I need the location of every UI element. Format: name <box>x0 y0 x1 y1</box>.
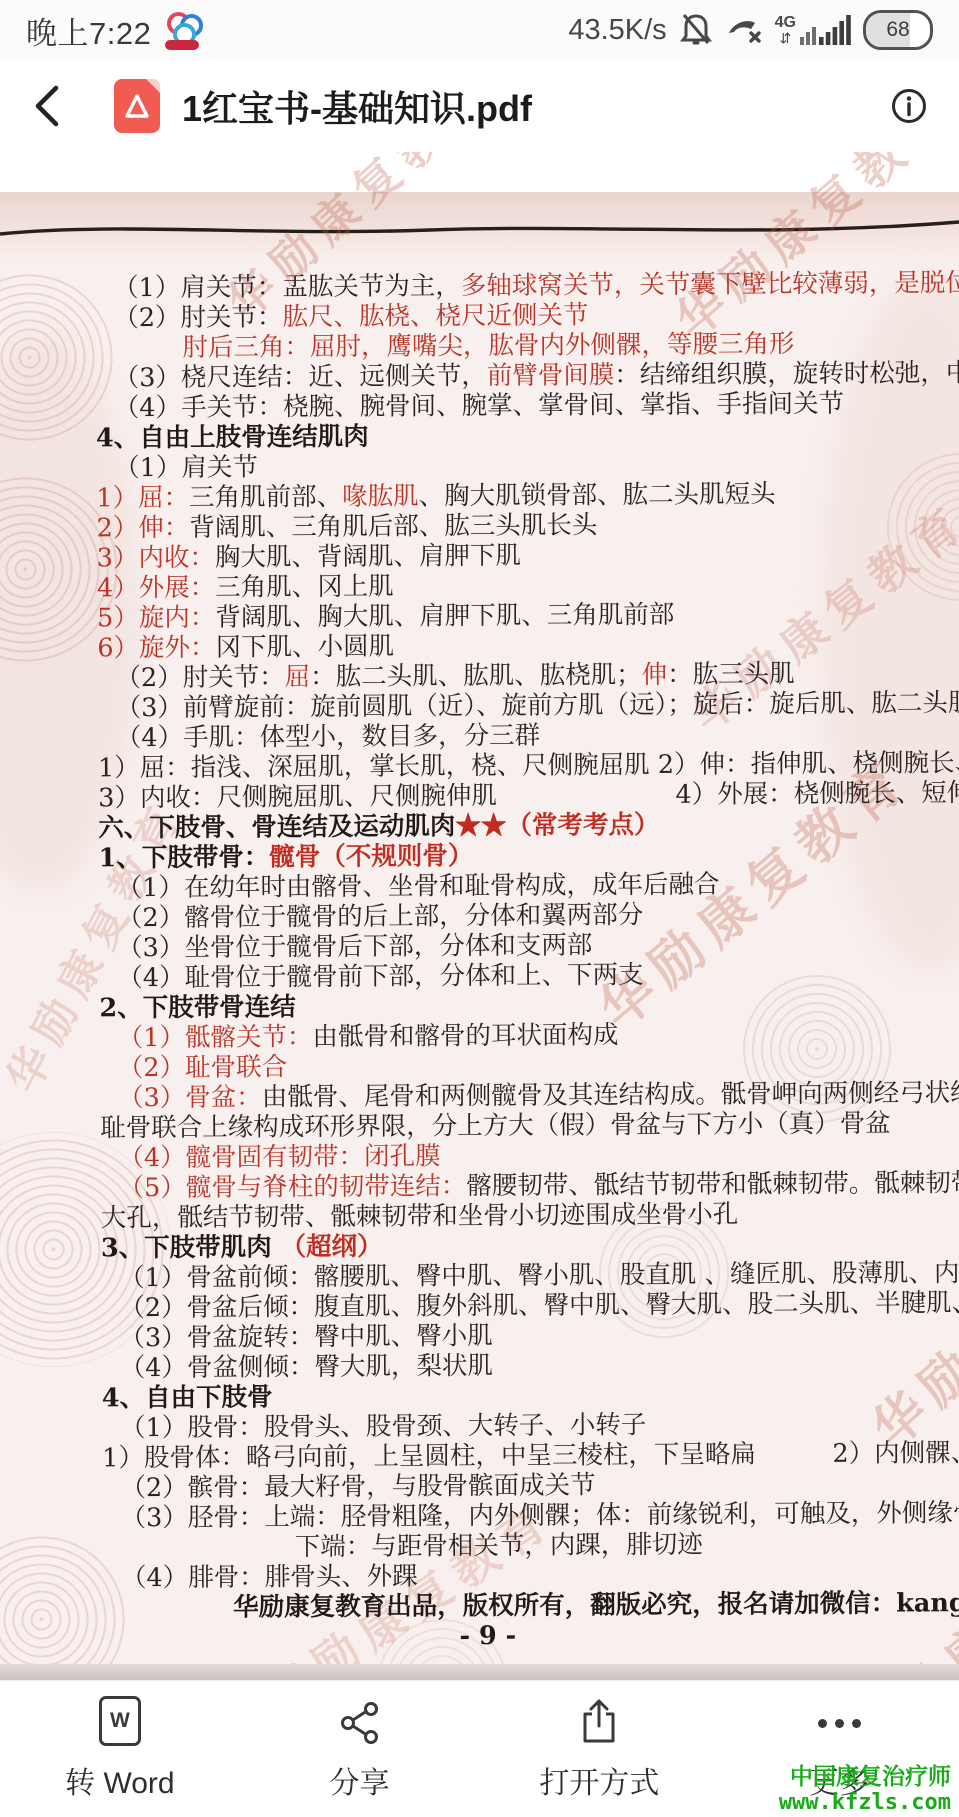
convert-to-word-button[interactable]: W 转 Word <box>0 1681 240 1817</box>
doc-line: （3）胫骨：上端：胫骨粗隆，内外侧髁；体：前缘锐利，可触及，外侧缘骨间缘 <box>8 1498 959 1534</box>
page-margin <box>0 152 959 192</box>
text-run: 3、下肢带肌肉 <box>101 1232 281 1263</box>
text-run: （4）腓骨：腓骨头、外踝 <box>121 1561 418 1593</box>
pdf-viewer-header: 1红宝书-基础知识.pdf <box>0 60 959 152</box>
back-button[interactable] <box>30 78 76 134</box>
text-run: （1）肩关节：盂肱关节为主， <box>113 271 461 303</box>
text-run: 华励康复教育出品，版权所有，翻版必究，报名请加微信：kangfu5 <box>233 1588 959 1622</box>
text-run: （1）在幼年时由髂骨、坐骨和耻骨构成，成年后融合 <box>117 870 720 904</box>
bottom-toolbar: W 转 Word 分享 打开方式 更多 <box>0 1680 959 1817</box>
toolbar-label: 分享 <box>330 1758 390 1802</box>
text-run: （2）髂骨位于髋骨的后上部，分体和翼两部分 <box>117 900 643 933</box>
open-with-button[interactable]: 打开方式 <box>480 1681 720 1817</box>
text-run: 背阔肌、胸大肌、肩胛下肌、三角肌前部 <box>215 600 674 633</box>
network-type-label: 4G <box>775 15 796 31</box>
doc-line: 华励康复教育出品，版权所有，翻版必究，报名请加微信：kangfu5 <box>8 1588 959 1624</box>
text-run: 肱尺、肱桡、桡尺近侧关节 <box>282 300 588 332</box>
text-run: 耻骨联合上缘构成环形界限，分上方大（假）骨盆与下方小（真）骨盆 <box>100 1109 891 1144</box>
text-run: ：肱二头肌、肱肌、肱桡肌； <box>310 660 642 692</box>
text-run: （3）前臂旋前：旋前圆肌（近）、旋前方肌（远）；旋后：旋后肌、肱二头肌、肱桡肌 <box>116 688 959 723</box>
doc-line: 1）股骨体：略弓向前，上呈圆柱，中呈三棱柱，下呈略扁 2）内侧髁、外侧髁 <box>7 1438 959 1474</box>
page-edge-shadow <box>0 1664 959 1680</box>
text-run: （1）肩关节 <box>114 452 258 483</box>
text-run: 背阔肌、三角肌后部、肱三头肌长头 <box>189 510 597 542</box>
text-run: （2）肘关节： <box>113 302 282 333</box>
pdf-file-icon <box>114 79 160 133</box>
text-run: 5）旋内： <box>97 603 215 634</box>
text-run: 三角肌、冈上肌 <box>215 572 394 603</box>
text-run: 前臂骨间膜 <box>487 360 615 391</box>
text-run: （3）骨盆旋转：臀中肌、臀小肌 <box>119 1321 492 1353</box>
text-run: 屈 <box>285 662 311 692</box>
text-run: 喙肱肌 <box>342 481 419 511</box>
text-run: 1）屈： <box>96 483 189 514</box>
battery-level: 68 <box>886 18 909 42</box>
text-run: （1）股骨：股骨头、股骨颈、大转子、小转子 <box>120 1410 646 1443</box>
text-run: 3）内收： <box>97 543 215 574</box>
text-run: 多轴球窝关节，关节囊下壁比较薄弱，是脱位常见的部位 <box>461 268 959 301</box>
back-chevron-icon <box>30 80 64 132</box>
info-icon <box>890 87 928 125</box>
text-run: 髂腰韧带、骶结节韧带和骶棘韧带。骶棘韧带与坐骨大切 <box>466 1168 959 1201</box>
doc-line: （1）肩关节：盂肱关节为主，多轴球窝关节，关节囊下壁比较薄弱，是脱位常见的部位 <box>0 268 959 304</box>
text-run: 6）旋外： <box>97 633 215 664</box>
text-run: （3）骨盆： <box>118 1082 262 1113</box>
doc-line: 3）内收：尺侧腕屈肌、尺侧腕伸肌 4）外展：桡侧腕长、短伸肌，桡侧 <box>3 778 959 814</box>
clock: 晚上7:22 <box>26 8 151 53</box>
toolbar-label: 转 Word <box>65 1758 174 1802</box>
text-run: 由骶骨和髂骨的耳状面构成 <box>312 1020 618 1052</box>
text-run: 4）外展： <box>97 573 215 604</box>
text-run: 下端：与距骨相关节，内踝，腓切迹 <box>295 1530 703 1562</box>
text-run: ★★（常考考点） <box>455 810 659 841</box>
text-run: （4）耻骨位于髋骨前下部，分体和上、下两支 <box>117 960 643 993</box>
text-run: （2）肘关节： <box>115 662 284 693</box>
doc-line: - 9 - <box>8 1618 959 1654</box>
share-nodes-icon <box>338 1698 382 1746</box>
text-run: （4）手肌：体型小，数目多，分三群 <box>116 721 540 754</box>
doc-line: 耻骨联合上缘构成环形界限，分上方大（假）骨盆与下方小（真）骨盆 <box>5 1108 959 1144</box>
app-notification-icon <box>165 10 201 50</box>
text-run: （4）手关节：桡腕、腕骨间、腕掌、掌骨间、掌指、手指间关节 <box>114 389 844 423</box>
text-run: ：肱三头肌 <box>667 659 795 690</box>
text-run: 冈下肌、小圆肌 <box>215 632 394 663</box>
text-run: 三角肌前部、 <box>189 482 342 513</box>
text-run: （2）骨盆后倾：腹直肌、腹外斜肌、臀中肌、臀大肌、股二头肌、半腱肌、半膜肌、 <box>119 1288 959 1323</box>
text-run: 3）内收：尺侧腕屈肌、尺侧腕伸肌 4）外展：桡侧腕长、短伸肌，桡侧 <box>98 778 959 813</box>
text-run: 、胸大肌锁骨部、肱二头肌短头 <box>419 479 776 511</box>
phone-disabled-icon <box>725 13 763 47</box>
text-run: （3）坐骨位于髋骨后下部，分体和支两部 <box>117 930 592 963</box>
mute-bell-icon <box>679 12 713 48</box>
battery-icon: 68 <box>863 10 933 50</box>
word-convert-icon: W <box>99 1698 141 1746</box>
text-run: （超纲） <box>280 1232 382 1263</box>
text-run: 1、下肢带骨： <box>98 842 269 873</box>
doc-line: （3）前臂旋前：旋前圆肌（近）、旋前方肌（远）；旋后：旋后肌、肱二头肌、肱桡肌 <box>3 688 959 724</box>
text-run: 由骶骨、尾骨和两侧髋骨及其连结构成。骶骨岬向两侧经弓状线、尺骨梳 <box>262 1078 959 1112</box>
text-run: （3）胫骨：上端：胫骨粗隆，内外侧髁；体：前缘锐利，可触及，外侧缘骨间缘 <box>121 1498 959 1533</box>
page-title: 1红宝书-基础知识.pdf <box>182 81 889 132</box>
text-run: （2）耻骨联合 <box>118 1052 287 1083</box>
network-speed: 43.5K/s <box>568 14 666 47</box>
text-run: （4）骨盆侧倾：臀大肌，梨状肌 <box>120 1351 493 1383</box>
text-run: （3）桡尺连结：近、远侧关节， <box>114 361 487 393</box>
text-run: 胸大肌、背阔肌、肩胛下肌 <box>215 541 521 573</box>
open-with-icon <box>578 1698 620 1746</box>
more-button[interactable]: 更多 <box>719 1681 959 1817</box>
text-run: 2）伸： <box>96 513 189 544</box>
text-run: ：结缔组织膜，旋转时松弛，中立位紧张 <box>614 358 959 390</box>
text-run: （5）髋骨与脊柱的韧带连结： <box>118 1171 466 1203</box>
text-run: （1）骶髂关节： <box>118 1022 313 1053</box>
text-run: 4、自由上肢骨连结肌肉 <box>96 422 369 454</box>
text-run: （2）髌骨：最大籽骨，与股骨髌面成关节 <box>120 1470 595 1503</box>
doc-line: （5）髋骨与脊柱的韧带连结：髂腰韧带、骶结节韧带和骶棘韧带。骶棘韧带与坐骨大切 <box>5 1168 959 1204</box>
more-dots-icon <box>818 1698 861 1746</box>
text-run: 4、自由下肢骨 <box>102 1382 273 1413</box>
text-run: 肘后三角：屈肘，鹰嘴尖，肱骨内外侧髁，等腰三角形 <box>182 329 794 363</box>
text-run: 2、下肢带骨连结 <box>99 992 295 1023</box>
text-run: 大孔，骶结节韧带、骶棘韧带和坐骨小切迹围成坐骨小孔 <box>101 1200 739 1234</box>
toolbar-label: 更多 <box>809 1758 869 1802</box>
text-run: 六、下肢骨、骨连结及运动肌肉 <box>98 811 455 843</box>
info-button[interactable] <box>889 86 929 126</box>
share-button[interactable]: 分享 <box>240 1681 480 1817</box>
scan-fold-line <box>0 214 959 244</box>
text-run: 伸 <box>642 660 668 690</box>
text-run: - 9 - <box>459 1621 516 1651</box>
toolbar-label: 打开方式 <box>539 1758 659 1802</box>
text-run: （4）髋骨固有韧带：闭孔膜 <box>118 1141 440 1173</box>
doc-line: （2）骨盆后倾：腹直肌、腹外斜肌、臀中肌、臀大肌、股二头肌、半腱肌、半膜肌、 <box>6 1288 959 1324</box>
status-bar: 晚上7:22 43.5K/s 4G ⇵ <box>0 0 959 60</box>
doc-lines: （1）肩关节：盂肱关节为主，多轴球窝关节，关节囊下壁比较薄弱，是脱位常见的部位（… <box>0 268 959 1654</box>
doc-line: （4）手关节：桡腕、腕骨间、腕掌、掌骨间、掌指、手指间关节 <box>1 388 959 424</box>
text-run: 1）股骨体：略弓向前，上呈圆柱，中呈三棱柱，下呈略扁 2）内侧髁、外侧髁 <box>102 1438 959 1473</box>
pdf-page-view[interactable]: 华励康复教育 华励康复教育 华励康复教育 华励康复教育 华励康复教育 华励康复教… <box>0 152 959 1680</box>
signal-bars-icon: 4G ⇵ <box>775 15 851 45</box>
text-run: 髋骨（不规则骨） <box>269 841 473 872</box>
